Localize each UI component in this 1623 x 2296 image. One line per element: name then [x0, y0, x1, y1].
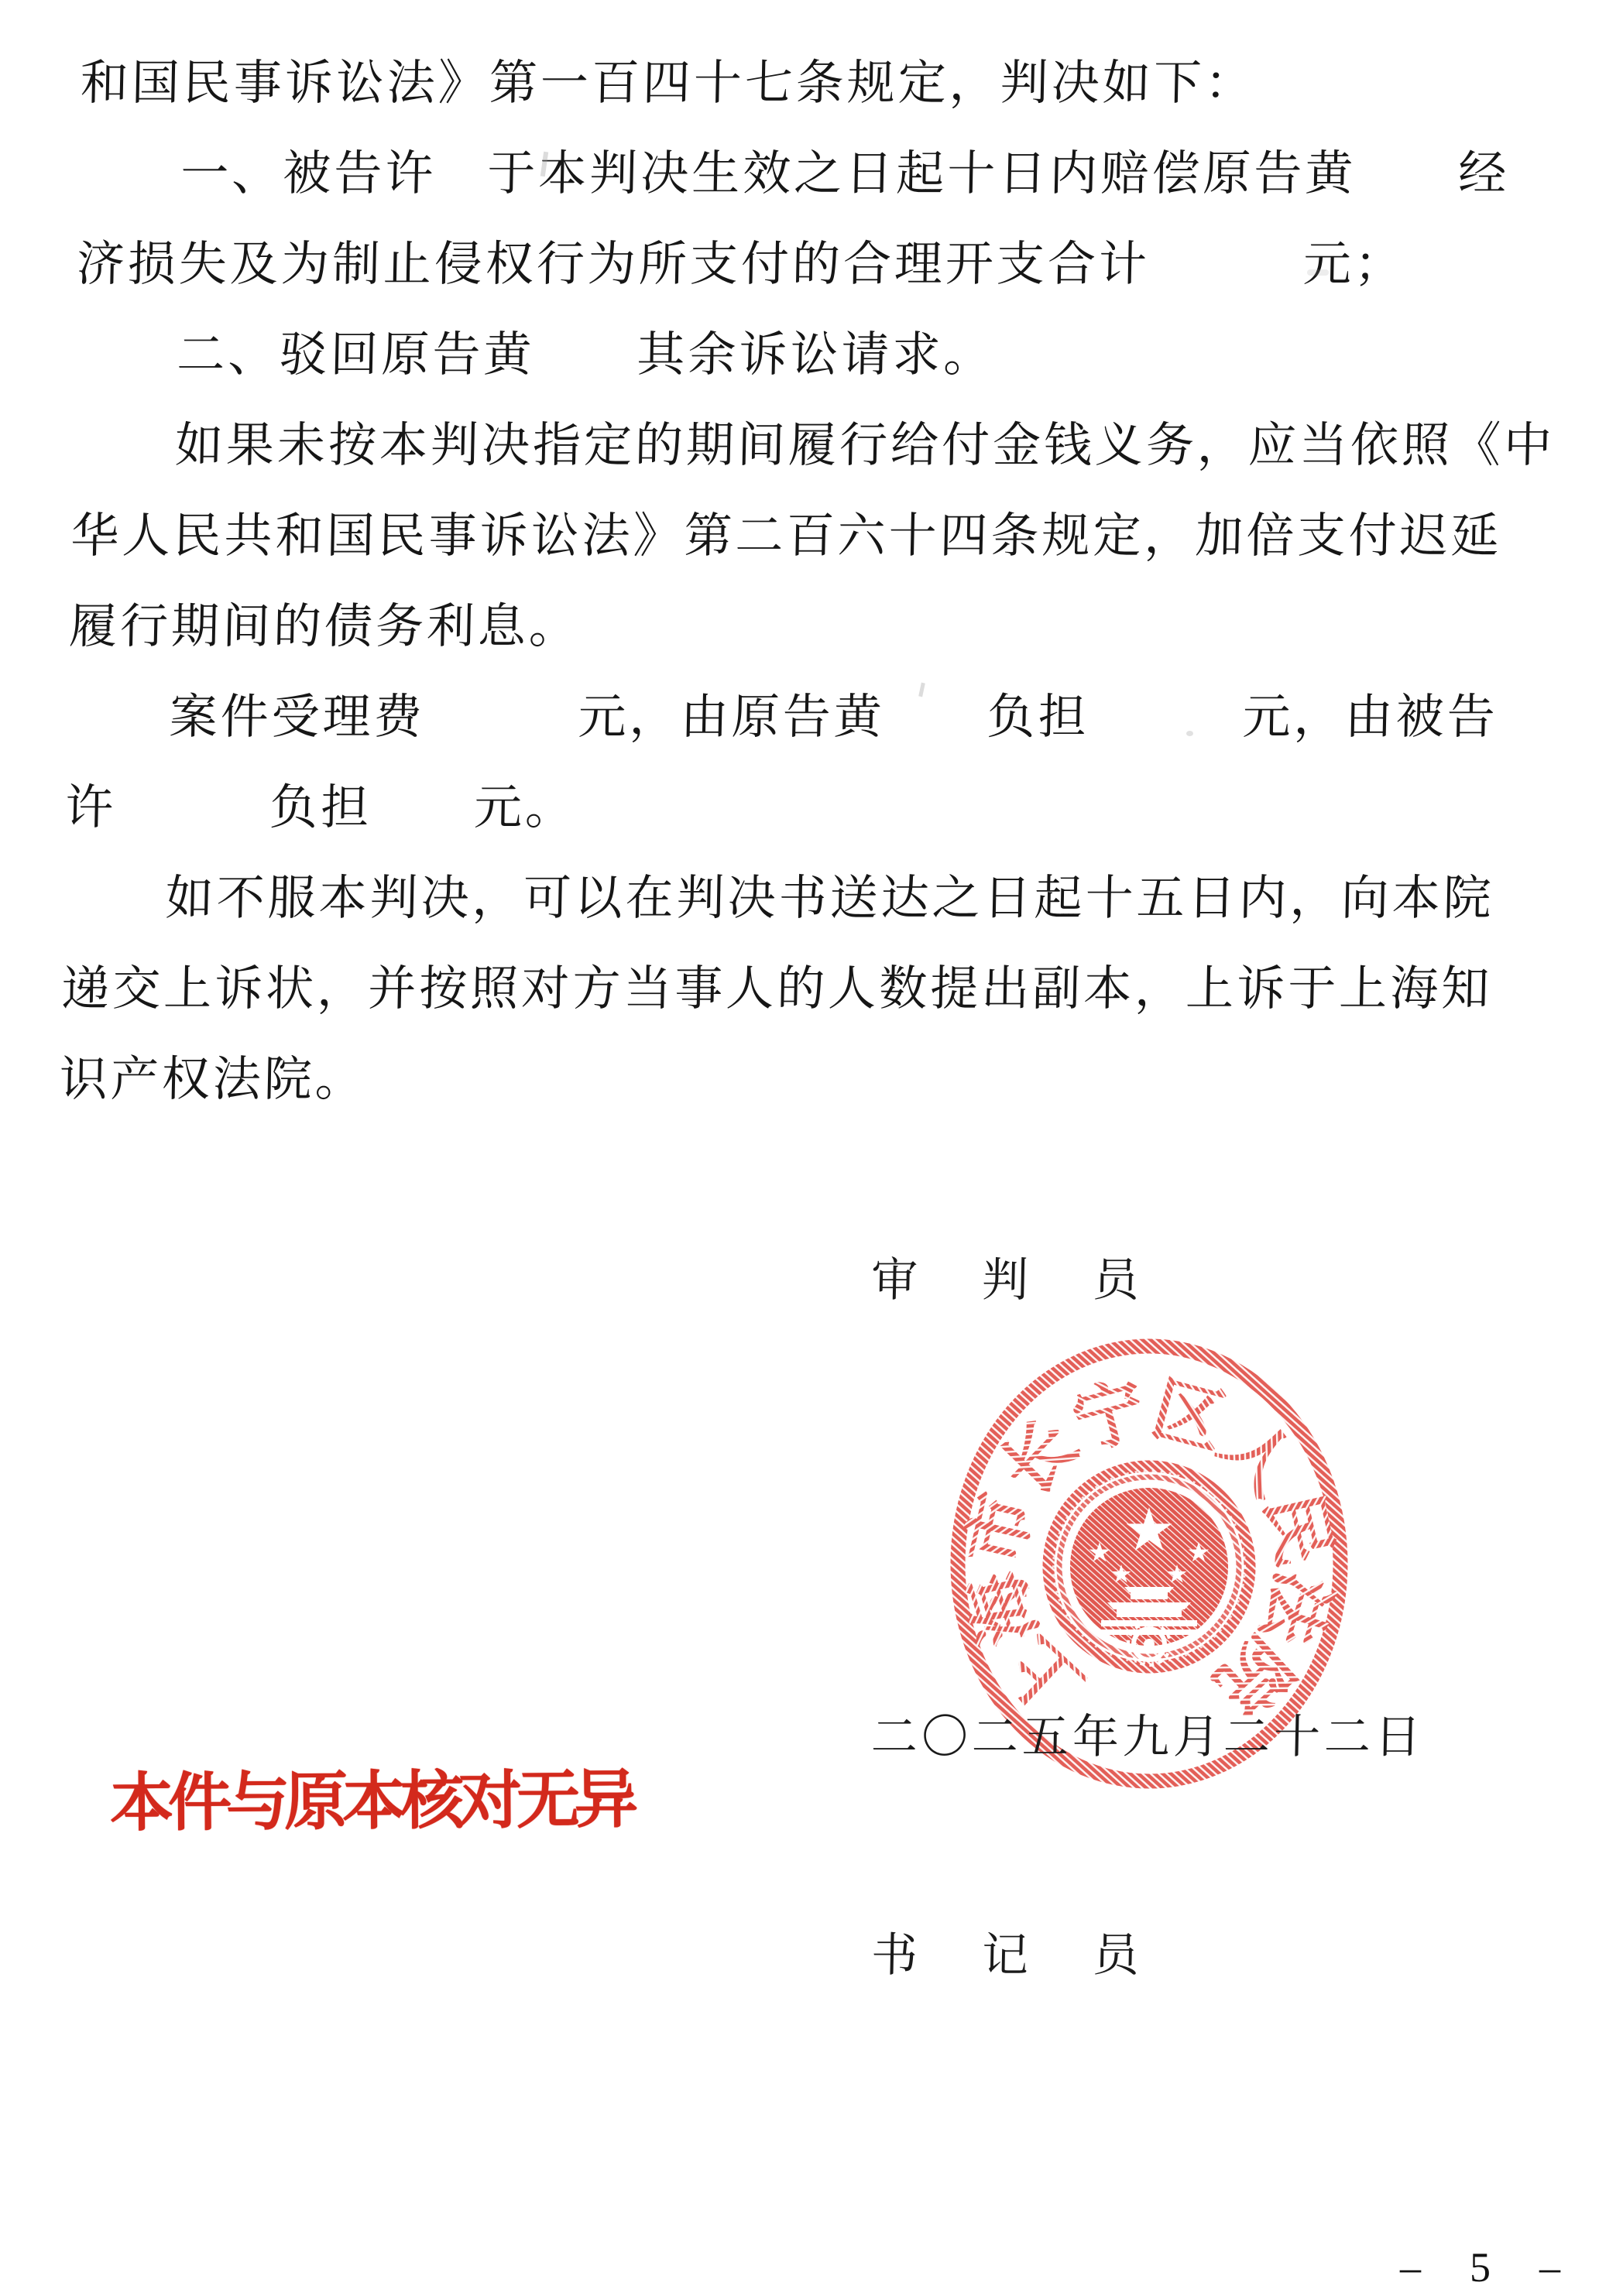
judgment-line: 识产权法院。 [59, 1035, 1563, 1126]
judgment-line: 一、被告许 于本判决生效之日起十日内赔偿原告黄 经 [77, 129, 1581, 220]
verification-stamp: 本件与原本核对无异 [110, 1749, 633, 1844]
judgment-body: 和国民事诉讼法》第一百四十七条规定，判决如下： 一、被告许 于本判决生效之日起十… [59, 39, 1584, 1126]
judge-label: 审判员 [870, 1243, 1204, 1310]
page-number: – 5 – [1400, 2243, 1570, 2291]
judgment-line: 案件受理费 元，由原告黄 负担 元，由被告 [66, 673, 1570, 763]
judgment-page: 和国民事诉讼法》第一百四十七条规定，判决如下： 一、被告许 于本判决生效之日起十… [0, 0, 1623, 2296]
scan-artifact [1186, 731, 1193, 736]
judgment-line: 递交上诉状，并按照对方当事人的人数提出副本，上诉于上海知 [60, 944, 1564, 1035]
judgment-line: 华人民共和国民事诉讼法》第二百六十四条规定，加倍支付迟延 [70, 492, 1573, 582]
judgment-line: 和国民事诉讼法》第一百四十七条规定，判决如下： [80, 39, 1584, 129]
scan-artifact [1307, 269, 1329, 276]
judgment-line: 二、驳回原告黄 其余诉讼请求。 [74, 310, 1577, 401]
judgment-date: 二〇二五年九月二十二日 [870, 1700, 1426, 1767]
clerk-label: 书记员 [870, 1918, 1204, 1985]
judgment-line: 如不服本判决，可以在判决书送达之日起十五日内，向本院 [62, 854, 1566, 944]
national-emblem-icon [1048, 1466, 1250, 1667]
judgment-line: 许 负担 元。 [64, 763, 1568, 854]
judgment-line: 济损失及为制止侵权行为所支付的合理开支合计 元； [76, 220, 1580, 310]
judgment-line: 如果未按本判决指定的期间履行给付金钱义务，应当依照《中 [72, 401, 1576, 492]
judgment-line: 履行期间的债务利息。 [68, 582, 1572, 673]
